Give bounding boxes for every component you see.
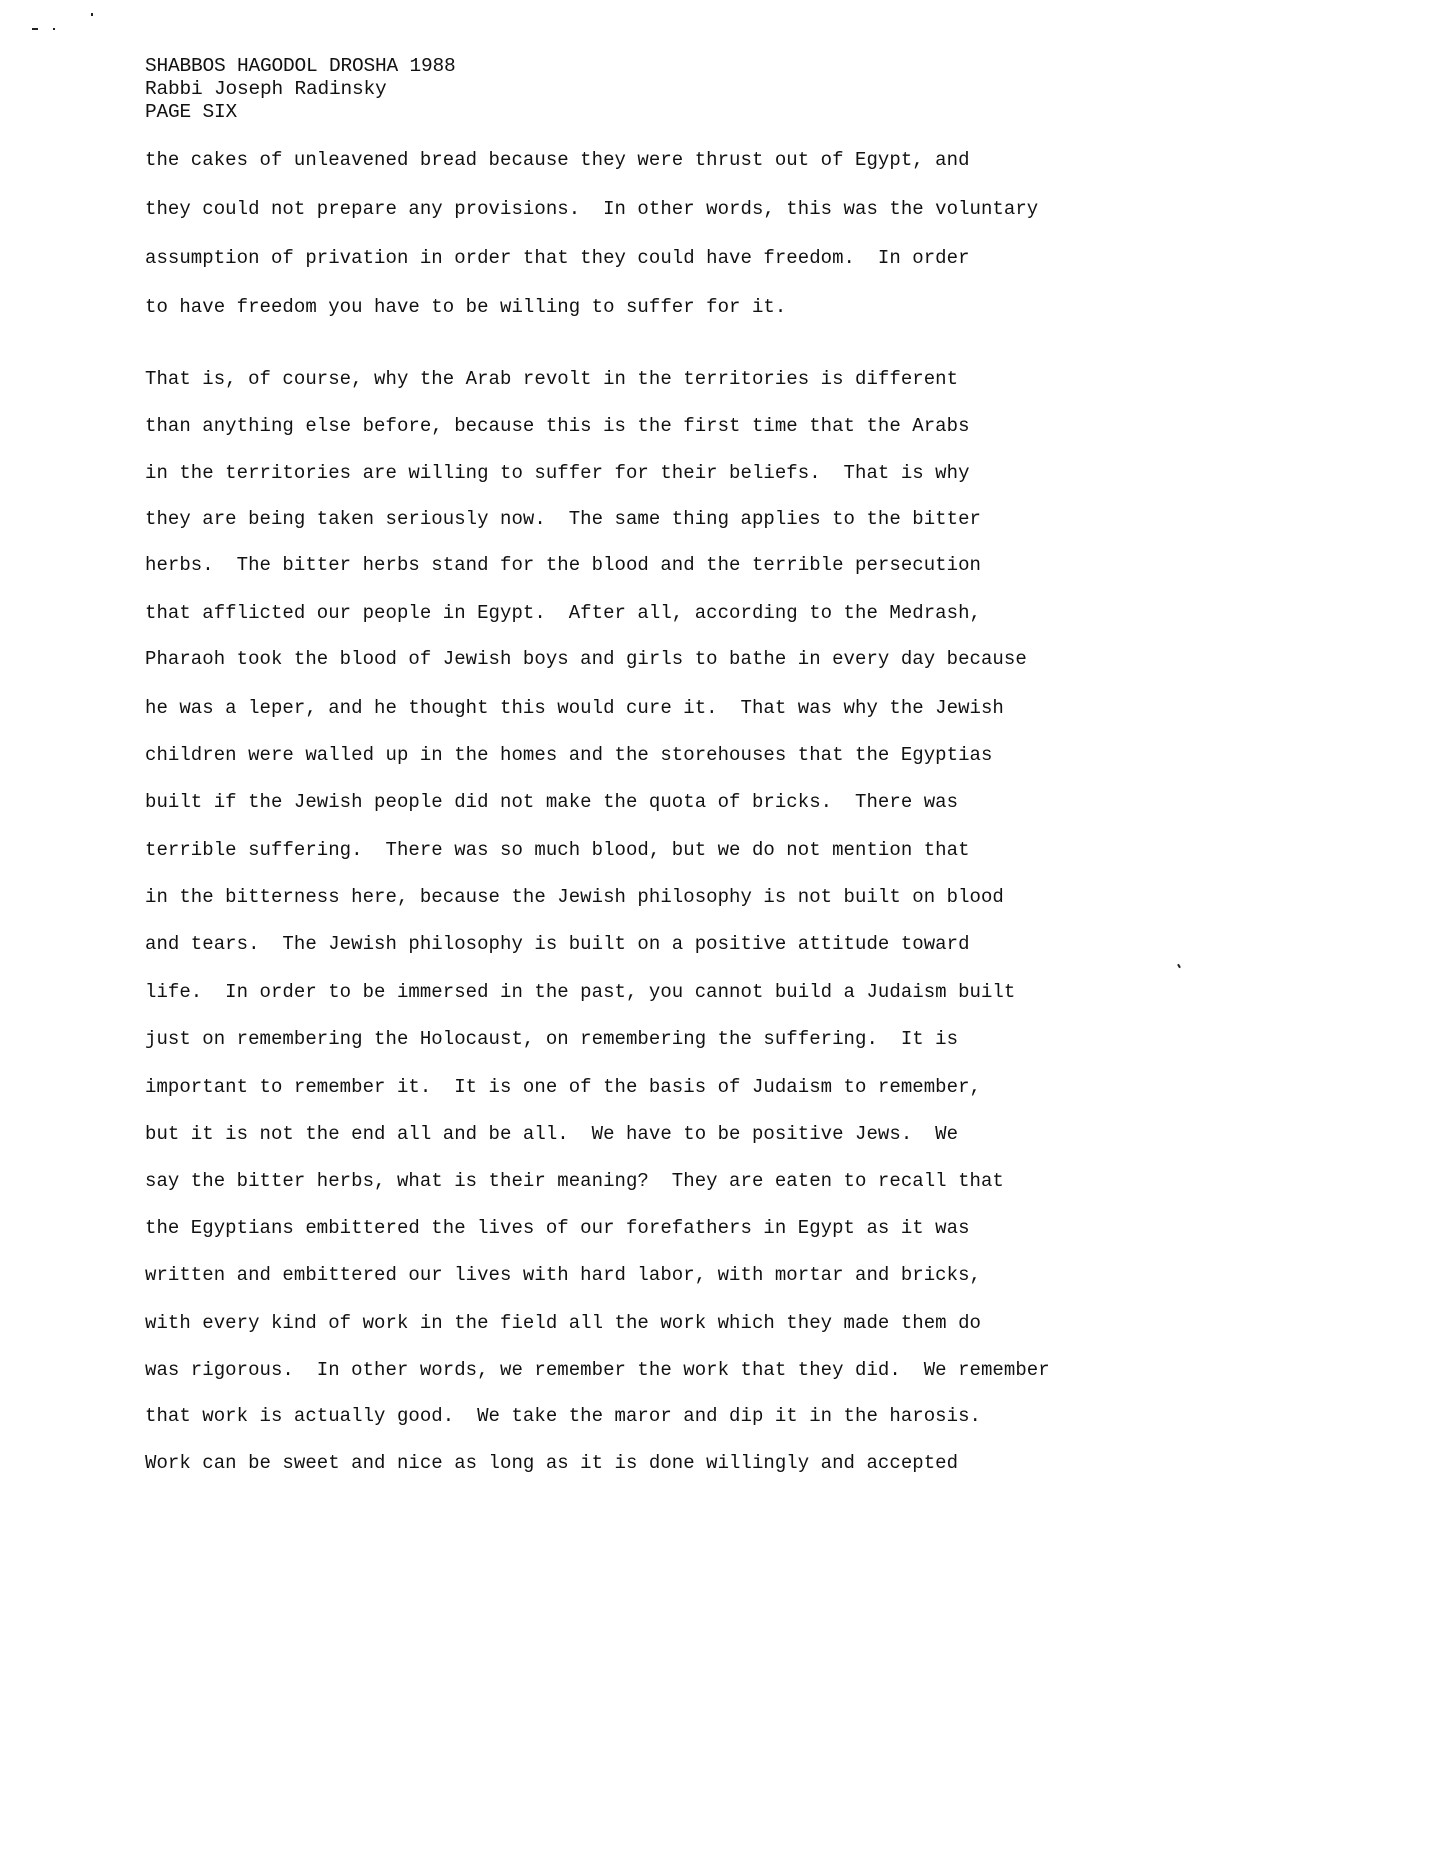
document-header: SHABBOS HAGODOL DROSHA 1988 Rabbi Joseph… [145, 55, 456, 124]
text-line: just on remembering the Holocaust, on re… [145, 1027, 958, 1051]
text-line: he was a leper, and he thought this woul… [145, 696, 1004, 720]
page-label: PAGE SIX [145, 101, 456, 124]
text-line: but it is not the end all and be all. We… [145, 1122, 958, 1146]
document-title: SHABBOS HAGODOL DROSHA 1988 [145, 55, 456, 78]
text-line: important to remember it. It is one of t… [145, 1075, 981, 1099]
text-line: written and embittered our lives with ha… [145, 1263, 981, 1287]
text-line: Pharaoh took the blood of Jewish boys an… [145, 647, 1027, 671]
text-line: in the bitterness here, because the Jewi… [145, 885, 1004, 909]
scan-speck [91, 13, 93, 16]
text-line: that work is actually good. We take the … [145, 1404, 981, 1428]
text-line: Work can be sweet and nice as long as it… [145, 1451, 958, 1475]
text-line: say the bitter herbs, what is their mean… [145, 1169, 1004, 1193]
text-line: was rigorous. In other words, we remembe… [145, 1358, 1050, 1382]
text-line: That is, of course, why the Arab revolt … [145, 367, 958, 391]
text-line: terrible suffering. There was so much bl… [145, 838, 970, 862]
text-line: they are being taken seriously now. The … [145, 507, 981, 531]
text-line: than anything else before, because this … [145, 414, 970, 438]
text-line: children were walled up in the homes and… [145, 743, 992, 767]
text-line: and tears. The Jewish philosophy is buil… [145, 932, 970, 956]
text-line: they could not prepare any provisions. I… [145, 197, 1038, 221]
scan-speck [53, 28, 55, 30]
text-line: with every kind of work in the field all… [145, 1311, 981, 1335]
scan-speck [1177, 964, 1181, 968]
text-line: built if the Jewish people did not make … [145, 790, 958, 814]
text-line: in the territories are willing to suffer… [145, 461, 970, 485]
text-line: the Egyptians embittered the lives of ou… [145, 1216, 970, 1240]
text-line: that afflicted our people in Egypt. Afte… [145, 601, 981, 625]
scan-speck [32, 28, 38, 30]
document-author: Rabbi Joseph Radinsky [145, 78, 456, 101]
text-line: to have freedom you have to be willing t… [145, 295, 786, 319]
text-line: assumption of privation in order that th… [145, 246, 970, 270]
text-line: life. In order to be immersed in the pas… [145, 980, 1015, 1004]
text-line: herbs. The bitter herbs stand for the bl… [145, 553, 981, 577]
text-line: the cakes of unleavened bread because th… [145, 148, 970, 172]
